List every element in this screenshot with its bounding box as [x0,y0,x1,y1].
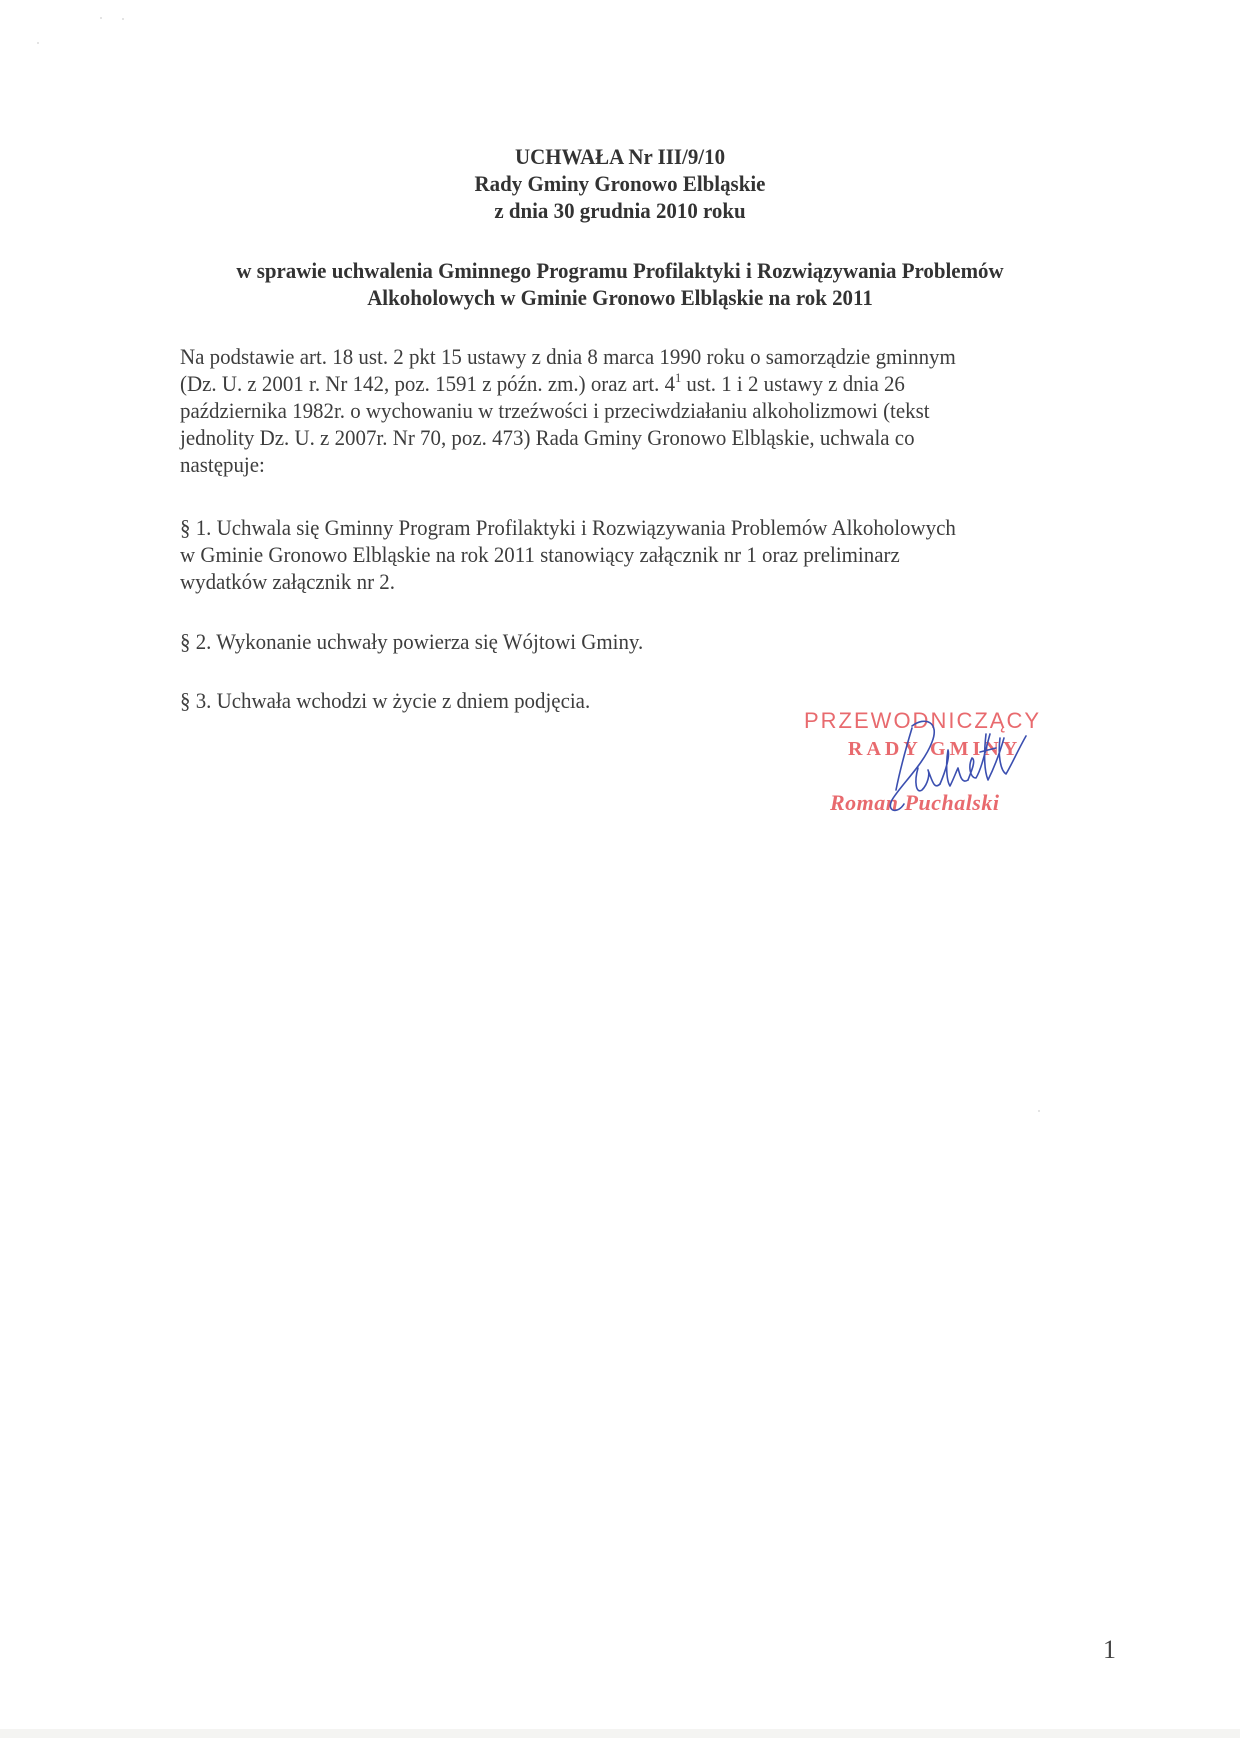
legal-basis-line: października 1982r. o wychowaniu w trzeź… [180,397,1110,424]
page-number: 1 [1103,1635,1116,1665]
resolution-subject: w sprawie uchwalenia Gminnego Programu P… [43,257,1196,311]
legal-basis-line: jednolity Dz. U. z 2007r. Nr 70, poz. 47… [180,424,1110,451]
legal-basis-line: Na podstawie art. 18 ust. 2 pkt 15 ustaw… [180,343,1110,370]
scan-edge [0,1729,1240,1738]
document-page: UCHWAŁA Nr III/9/10 Rady Gminy Gronowo E… [0,0,1240,1738]
paragraph-line: § 2. Wykonanie uchwały powierza się Wójt… [180,628,1110,655]
paragraph-2: § 2. Wykonanie uchwały powierza się Wójt… [180,628,1110,655]
resolution-date: z dnia 30 grudnia 2010 roku [43,197,1196,224]
legal-basis-line: następuje: [180,451,1110,478]
chairman-stamp: PRZEWODNICZĄCY RADY GMINY Roman Puchalsk… [800,708,1090,828]
legal-basis-line: (Dz. U. z 2001 r. Nr 142, poz. 1591 z pó… [180,370,1110,397]
legal-basis: Na podstawie art. 18 ust. 2 pkt 15 ustaw… [180,343,1110,478]
resolution-number: UCHWAŁA Nr III/9/10 [43,143,1196,170]
scan-speck [1038,1110,1040,1112]
issuing-body: Rady Gminy Gronowo Elbląskie [43,170,1196,197]
scan-speck [122,18,124,20]
scan-speck [37,42,39,44]
paragraph-line: § 1. Uchwala się Gminny Program Profilak… [180,514,1110,541]
paragraph-line: wydatków załącznik nr 2. [180,568,1110,595]
subject-line: Alkoholowych w Gminie Gronowo Elbląskie … [43,284,1196,311]
stamp-name: Roman Puchalski [830,790,999,816]
resolution-header: UCHWAŁA Nr III/9/10 Rady Gminy Gronowo E… [43,143,1196,224]
subject-line: w sprawie uchwalenia Gminnego Programu P… [43,257,1196,284]
scan-speck [100,17,102,19]
stamp-body: RADY GMINY [848,738,1021,761]
stamp-title: PRZEWODNICZĄCY [804,708,1041,734]
paragraph-1: § 1. Uchwala się Gminny Program Profilak… [180,514,1110,595]
paragraph-line: w Gminie Gronowo Elbląskie na rok 2011 s… [180,541,1110,568]
